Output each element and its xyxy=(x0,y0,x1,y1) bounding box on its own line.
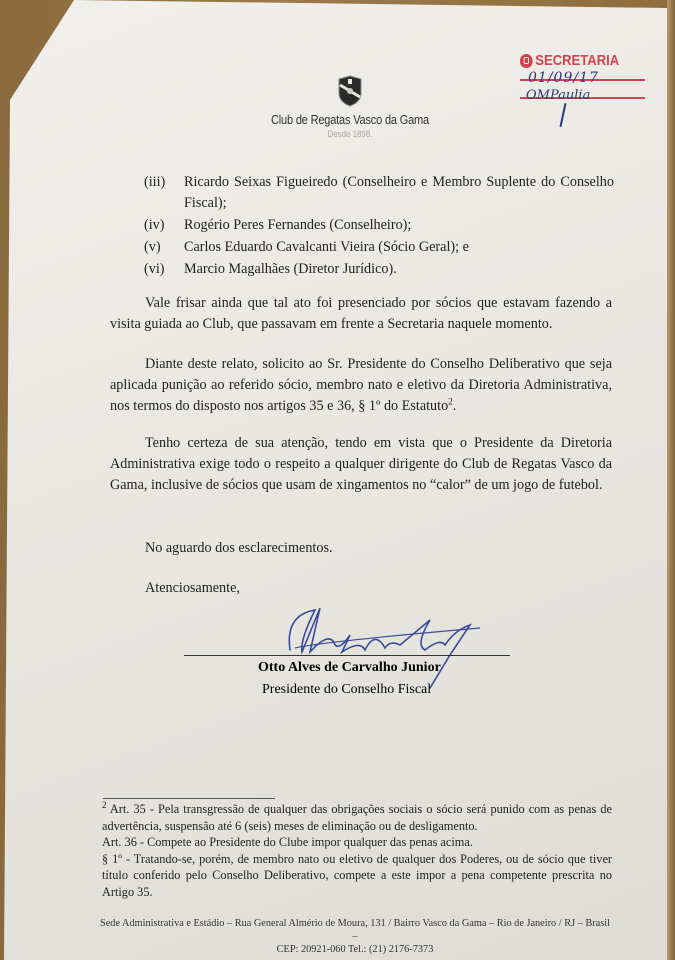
background-edge xyxy=(667,0,675,960)
footnote-line: § 1º - Tratando-se, porém, de membro nat… xyxy=(102,851,612,901)
stamp-signature-stroke xyxy=(560,103,567,127)
vasco-crest-icon xyxy=(337,75,363,107)
stamp-date: 01/09/17 xyxy=(528,70,599,86)
list-text: Carlos Eduardo Cavalcanti Vieira (Sócio … xyxy=(184,237,614,258)
club-since: Desde 1898. xyxy=(271,129,429,139)
club-name: Club de Regatas Vasco da Gama xyxy=(271,113,429,127)
footnote-line: 2 Art. 35 - Pela transgressão de qualque… xyxy=(102,801,612,834)
list-text: Rogério Peres Fernandes (Conselheiro); xyxy=(184,215,614,236)
paragraph-request: Diante deste relato, solicito ao Sr. Pre… xyxy=(110,354,612,417)
paragraph-end: . xyxy=(453,398,457,414)
stamp-label: SECRETARIA xyxy=(535,53,619,69)
letterhead: Club de Regatas Vasco da Gama Desde 1898… xyxy=(260,75,440,139)
address-line: Sede Administrativa e Estádio – Rua Gene… xyxy=(100,917,610,943)
paragraph-attention: Tenho certeza de sua atenção, tendo em v… xyxy=(110,433,612,496)
list-item: (v) Carlos Eduardo Cavalcanti Vieira (Só… xyxy=(144,237,614,258)
list-item: (iv) Rogério Peres Fernandes (Conselheir… xyxy=(144,215,614,236)
handwritten-signature xyxy=(280,600,500,690)
paragraph-text: Diante deste relato, solicito ao Sr. Pre… xyxy=(110,356,612,414)
footnote-marker: 2 xyxy=(102,800,107,810)
list-item: (vi) Marcio Magalhães (Diretor Jurídico)… xyxy=(144,259,614,280)
list-number: (iv) xyxy=(144,215,184,236)
list-number: (iii) xyxy=(144,172,184,214)
footnote-rule xyxy=(103,798,275,799)
paragraph-awaiting: No aguardo dos esclarecimentos. xyxy=(145,538,333,559)
closing: Atenciosamente, xyxy=(145,578,240,599)
signature-line xyxy=(184,655,510,656)
list-number: (vi) xyxy=(144,259,184,280)
signer-name: Otto Alves de Carvalho Junior xyxy=(258,660,441,676)
list-item: (iii) Ricardo Seixas Figueiredo (Conselh… xyxy=(144,172,614,214)
list-text: Marcio Magalhães (Diretor Jurídico). xyxy=(184,259,614,280)
list-number: (v) xyxy=(144,237,184,258)
secretaria-stamp: SECRETARIA 01/09/17 OMPaulia xyxy=(520,53,670,133)
footnote-text: Art. 35 - Pela transgressão de qualquer … xyxy=(102,802,612,833)
stamp-signature: OMPaulia xyxy=(526,88,590,103)
paragraph-witnesses: Vale frisar ainda que tal ato foi presen… xyxy=(110,293,612,335)
footer-address: Sede Administrativa e Estádio – Rua Gene… xyxy=(100,917,610,956)
address-contact: CEP: 20921-060 Tel.: (21) 2176-7373 xyxy=(100,943,610,956)
signer-role: Presidente do Conselho Fiscal xyxy=(262,682,431,698)
footnote-line: Art. 36 - Compete ao Presidente do Clube… xyxy=(102,834,612,851)
list-text: Ricardo Seixas Figueiredo (Conselheiro e… xyxy=(184,172,614,214)
vasco-crest-icon xyxy=(520,54,533,68)
footnote: 2 Art. 35 - Pela transgressão de qualque… xyxy=(102,801,612,901)
stamp-title: SECRETARIA xyxy=(520,53,619,69)
